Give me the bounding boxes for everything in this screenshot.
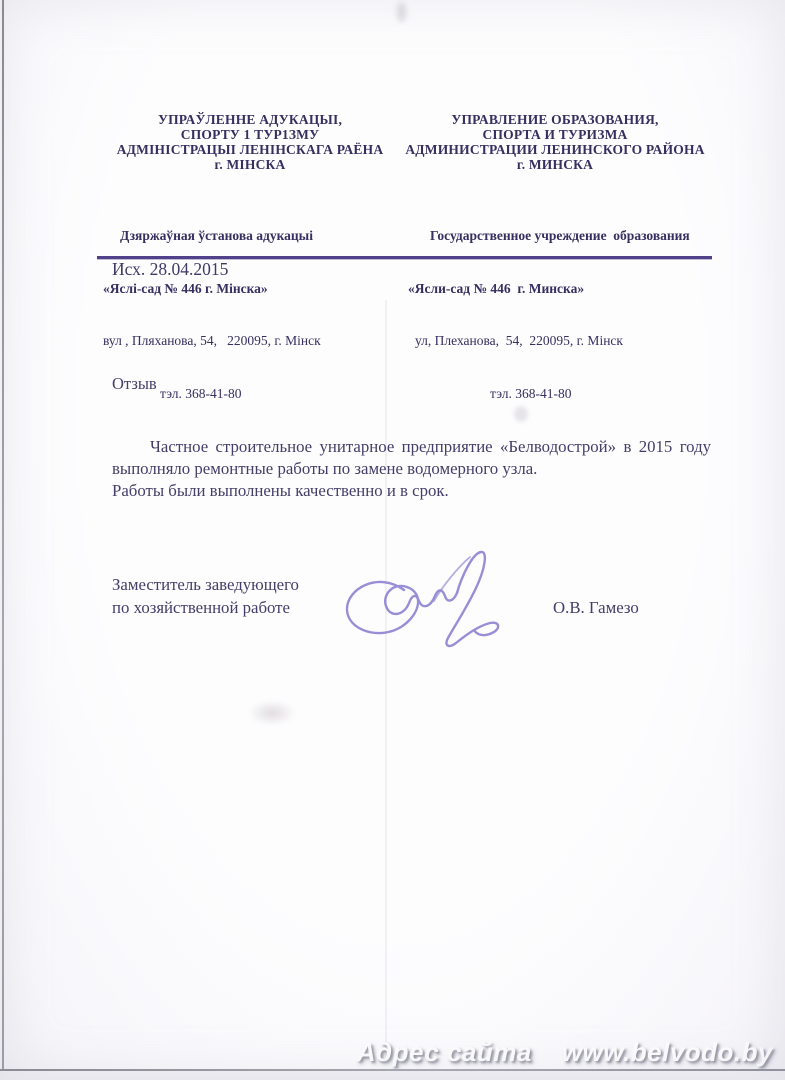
org-line: г. МИНСКА (398, 157, 712, 172)
scanned-letter-page: УПРАЎЛЕННЕ АДУКАЦЫІ, СПОРТУ 1 ТУР1ЗМУ АД… (0, 0, 785, 1080)
org-line: АДМІНІСТРАЦЫІ ЛЕНІНСКАГА РАЁНА (100, 142, 400, 157)
org-line: СПОРТА И ТУРИЗМА (398, 127, 712, 142)
institution-name: «Ясли-сад № 446 г. Минска» (408, 280, 708, 298)
scan-smudge (248, 700, 296, 726)
org-line: УПРАВЛЕНИЕ ОБРАЗОВАНИЯ, (398, 112, 712, 127)
institution-name: Дзяржаўная ўстанова адукацыі (103, 227, 383, 245)
letterhead-org-russian: УПРАВЛЕНИЕ ОБРАЗОВАНИЯ, СПОРТА И ТУРИЗМА… (398, 112, 712, 172)
institution-block-belarusian: Дзяржаўная ўстанова адукацыі «Яслі-сад №… (103, 192, 383, 437)
scan-bottom-strip (0, 1071, 785, 1080)
body-paragraph: Работы были выполнены качественно и в ср… (112, 480, 711, 502)
signer-name: О.В. Гамезо (553, 598, 639, 618)
institution-name: Государственное учреждение образования (408, 227, 708, 245)
org-line: УПРАЎЛЕННЕ АДУКАЦЫІ, (100, 112, 400, 127)
watermark-label: Адрес сайта (357, 1037, 532, 1068)
signer-position-line: Заместитель заведующего (112, 575, 299, 595)
org-line: г. МІНСКА (100, 157, 400, 172)
body-paragraph: Частное строительное унитарное предприят… (112, 436, 711, 480)
letterhead-org-belarusian: УПРАЎЛЕННЕ АДУКАЦЫІ, СПОРТУ 1 ТУР1ЗМУ АД… (100, 112, 400, 172)
scan-edge-artifact (2, 0, 4, 1071)
document-title: Отзыв (112, 374, 157, 394)
institution-name: «Яслі-сад № 446 г. Мінска» (103, 280, 383, 298)
scan-smudge (397, 2, 406, 22)
paper-fold-artifact (385, 300, 387, 1060)
signer-position-line: по хозяйственной работе (112, 598, 290, 618)
institution-address: ул, Плеханова, 54, 220095, г. Мінск (408, 332, 708, 350)
institution-phone: тэл. 368-41-80 (408, 385, 708, 403)
site-watermark: Адрес сайта www.belvodo.by (357, 1037, 773, 1068)
scan-smudge (514, 406, 528, 422)
handwritten-signature (338, 543, 523, 658)
org-line: АДМИНИСТРАЦИИ ЛЕНИНСКОГО РАЙОНА (398, 142, 712, 157)
org-line: СПОРТУ 1 ТУР1ЗМУ (100, 127, 400, 142)
institution-address: вул , Пляханова, 54, 220095, г. Мінск (103, 332, 383, 350)
outgoing-reference-date: Исх. 28.04.2015 (112, 259, 228, 280)
watermark-url: www.belvodo.by (562, 1037, 773, 1068)
institution-block-russian: Государственное учреждение образования «… (408, 192, 708, 437)
